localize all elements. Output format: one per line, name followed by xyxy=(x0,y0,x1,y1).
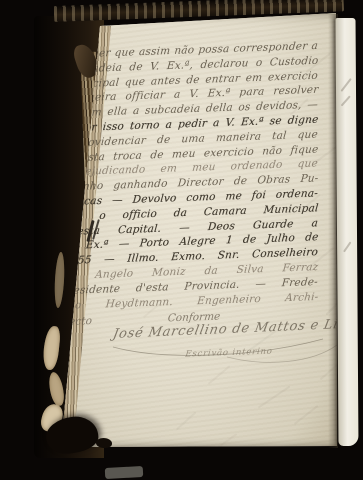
ink-showthrough-stroke xyxy=(341,95,351,106)
ink-showthrough-stroke xyxy=(340,78,351,92)
ink-showthrough-stroke xyxy=(208,365,230,384)
manuscript-page: tecto Conforme José Marcellino de Mattos… xyxy=(55,10,340,452)
debris-fragment xyxy=(105,466,144,479)
ink-showthrough-stroke xyxy=(217,433,237,448)
facing-page xyxy=(336,18,359,446)
photo-backdrop: tecto Conforme José Marcellino de Mattos… xyxy=(0,0,363,480)
ink-showthrough-stroke xyxy=(176,412,196,431)
damage-spot xyxy=(96,438,112,448)
ink-showthrough-stroke xyxy=(343,241,351,252)
ink-showthrough-stroke xyxy=(294,405,319,425)
ink-showthrough-stroke xyxy=(258,386,290,409)
